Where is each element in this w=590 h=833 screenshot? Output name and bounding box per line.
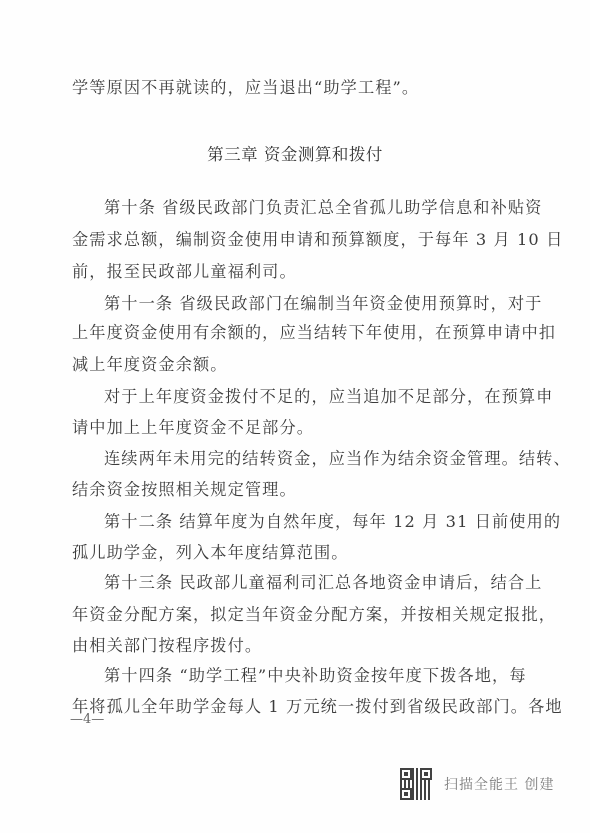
article-13-line-1: 第十三条 民政部儿童福利司汇总各地资金申请后，结合上 bbox=[104, 573, 552, 593]
article-11-line-2: 上年度资金使用有余额的，应当结转下年使用，在预算申请中扣 bbox=[72, 323, 520, 343]
page-number: —4— bbox=[70, 712, 104, 727]
document-page: 学等原因不再就读的，应当退出“助学工程”。 第三章 资金测算和拨付 第十条 省级… bbox=[0, 0, 590, 833]
chapter-title: 第三章 资金测算和拨付 bbox=[0, 145, 590, 165]
article-14-line-1: 第十四条 “助学工程”中央补助资金按年度下拨各地，每 bbox=[104, 666, 552, 686]
article-13-line-2: 年资金分配方案，拟定当年资金分配方案，并按相关规定报批， bbox=[72, 605, 520, 625]
qr-code-icon bbox=[400, 768, 432, 800]
article-11-line-1: 第十一条 省级民政部门在编制当年资金使用预算时，对于 bbox=[104, 294, 552, 314]
carryover-line-1: 连续两年未用完的结转资金，应当作为结余资金管理。结转、 bbox=[104, 449, 552, 469]
shortfall-line-2: 请中加上上年度资金不足部分。 bbox=[72, 418, 520, 438]
article-10-line-2: 金需求总额，编制资金使用申请和预算额度，于每年 3 月 10 日 bbox=[72, 230, 520, 250]
scanner-watermark: 扫描全能王 创建 bbox=[400, 768, 554, 800]
shortfall-line-1: 对于上年度资金拨付不足的，应当追加不足部分，在预算申 bbox=[104, 387, 552, 407]
article-12-line-2: 孤儿助学金，列入本年度结算范围。 bbox=[72, 543, 520, 563]
carryover-line-2: 结余资金按照相关规定管理。 bbox=[72, 480, 520, 500]
watermark-text: 扫描全能王 创建 bbox=[444, 774, 554, 794]
text-line: 学等原因不再就读的，应当退出“助学工程”。 bbox=[72, 78, 520, 98]
article-10-line-1: 第十条 省级民政部门负责汇总全省孤儿助学信息和补贴资 bbox=[104, 198, 552, 218]
article-11-line-3: 减上年度资金余额。 bbox=[72, 355, 520, 375]
article-10-line-3: 前，报至民政部儿童福利司。 bbox=[72, 262, 520, 282]
article-13-line-3: 由相关部门按程序拨付。 bbox=[72, 636, 520, 656]
article-12-line-1: 第十二条 结算年度为自然年度，每年 12 月 31 日前使用的 bbox=[104, 512, 552, 532]
article-14-line-2: 年将孤儿全年助学金每人 1 万元统一拨付到省级民政部门。各地 bbox=[72, 697, 520, 717]
